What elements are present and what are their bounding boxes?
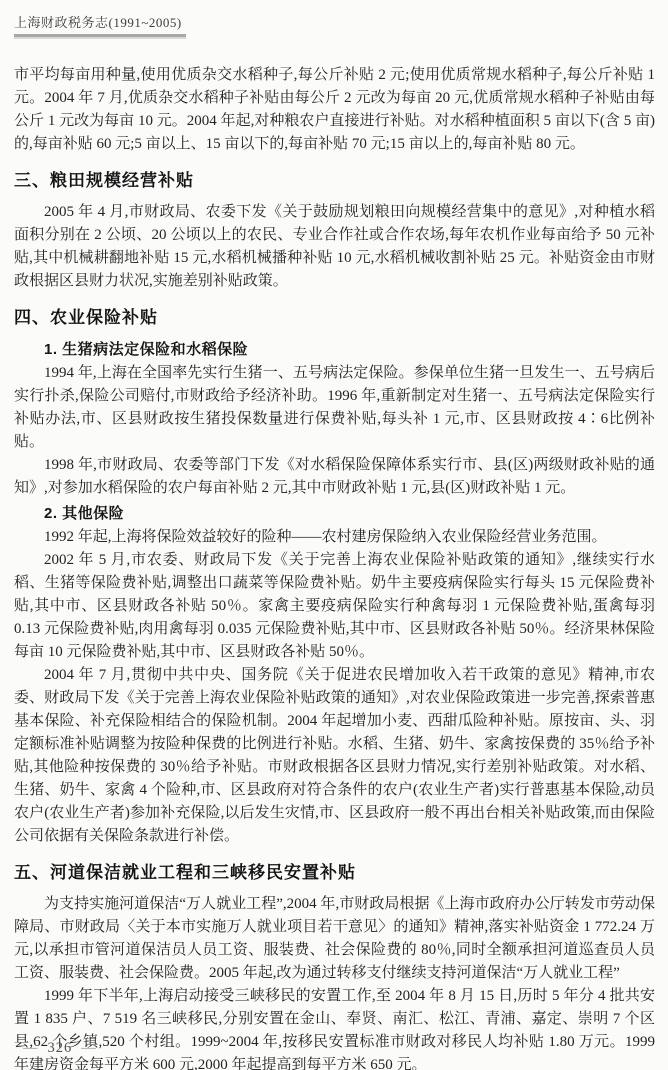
paragraph-continuation: 市平均每亩用种量,使用优质杂交水稻种子,每公斤补贴 2 元;使用优质常规水稻种子… xyxy=(14,64,655,156)
section-heading-grain-field-scale-subsidy: 三、粮田规模经营补贴 xyxy=(14,169,655,192)
section-heading-agricultural-insurance-subsidy: 四、农业保险补贴 xyxy=(14,306,655,329)
running-head: 上海财政税务志(1991~2005) xyxy=(14,12,186,37)
section-heading-river-cleaning-three-gorges-subsidy: 五、河道保洁就业工程和三峡移民安置补贴 xyxy=(14,861,655,884)
paragraph: 2005 年 4 月,市财政局、农委下发《关于鼓励规划粮田向规模经营集中的意见》… xyxy=(14,201,655,293)
book-page: 上海财政税务志(1991~2005) 市平均每亩用种量,使用优质杂交水稻种子,每… xyxy=(0,0,668,1070)
page-content: 市平均每亩用种量,使用优质杂交水稻种子,每公斤补贴 2 元;使用优质常规水稻种子… xyxy=(14,64,655,1070)
footer-dash-left: — xyxy=(23,1040,39,1056)
page-footer: —326— xyxy=(14,1040,106,1057)
page-number: 326 xyxy=(48,1040,73,1056)
paragraph: 1994 年,上海在全国率先实行生猪一、五号病法定保险。参保单位生猪一旦发生一、… xyxy=(14,362,655,454)
subsection-heading-other-insurance: 2. 其他保险 xyxy=(14,502,655,525)
paragraph: 1999 年下半年,上海启动接受三峡移民的安置工作,至 2004 年 8 月 1… xyxy=(14,985,655,1070)
paragraph: 1998 年,市财政局、农委等部门下发《对水稻保险保障体系实行市、县(区)两级财… xyxy=(14,454,655,500)
paragraph: 为支持实施河道保洁“万人就业工程”,2004 年,市财政局根据《上海市政府办公厅… xyxy=(14,893,655,985)
paragraph: 2004 年 7 月,贯彻中共中央、国务院《关于促进农民增加收入若干政策的意见》… xyxy=(14,664,655,848)
paragraph: 1992 年起,上海将保险效益较好的险种——农村建房保险纳入农业保险经营业务范围… xyxy=(14,526,655,549)
subsection-heading-hog-disease-rice-insurance: 1. 生猪病法定保险和水稻保险 xyxy=(14,338,655,361)
paragraph: 2002 年 5 月,市农委、财政局下发《关于完善上海农业保险补贴政策的通知》,… xyxy=(14,549,655,664)
footer-dash-right: — xyxy=(81,1040,97,1056)
running-head-title: 上海财政税务志(1991~2005) xyxy=(14,15,182,30)
